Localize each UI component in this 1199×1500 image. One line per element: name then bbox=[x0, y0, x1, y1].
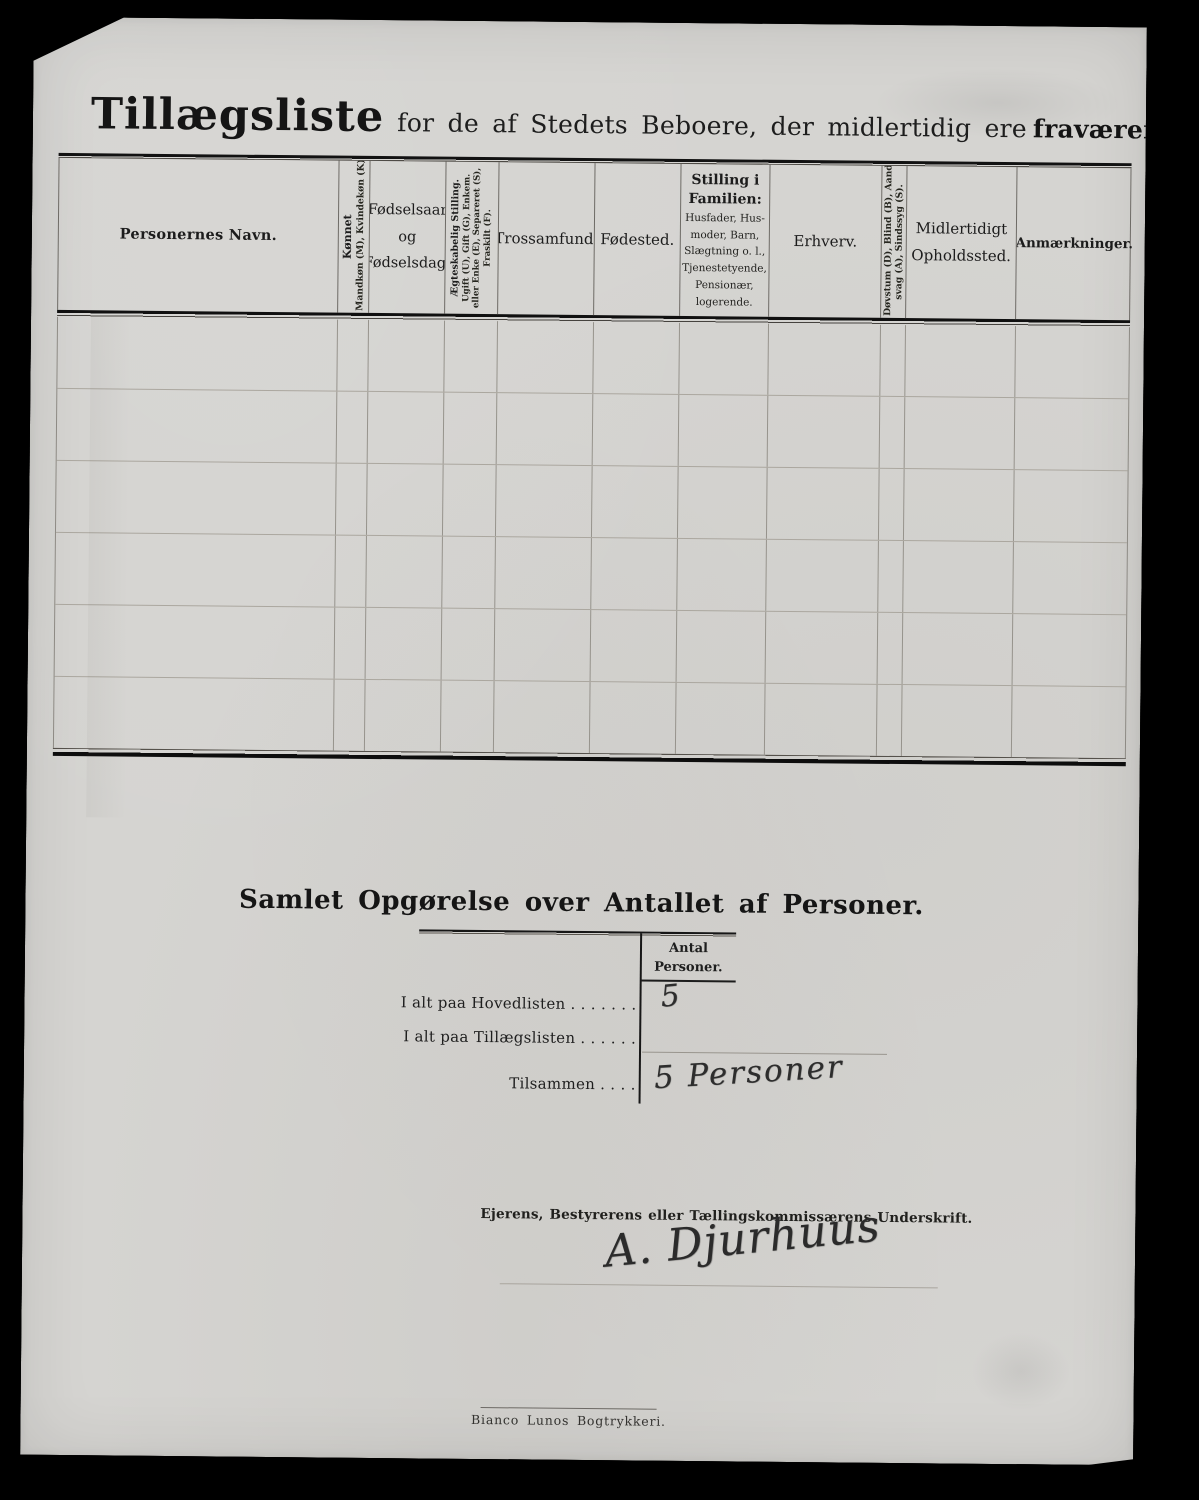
table-cell-trossamfund bbox=[495, 609, 592, 681]
summary-row-hovedlisten-value-handwritten: 5 bbox=[659, 978, 681, 1015]
table-cell-foedselsaar bbox=[367, 464, 444, 536]
scan-background: { "document": { "title": { "main": "Till… bbox=[0, 0, 1199, 1500]
column-header-midlertidigt-opholdssted: MidlertidigtOpholdssted. bbox=[906, 166, 1017, 319]
table-cell-stilling-i-familien bbox=[677, 611, 767, 683]
table-cell-stilling-i-familien bbox=[678, 467, 768, 539]
table-row bbox=[56, 461, 1128, 543]
table-cell-aegteskabelig-stilling bbox=[444, 393, 498, 465]
table-row bbox=[57, 389, 1129, 471]
title-emphasis: fraværende. bbox=[1033, 114, 1199, 145]
ink-bleed-smudge bbox=[971, 1331, 1072, 1412]
table-cell-foedselsaar bbox=[365, 680, 442, 752]
table-cell-aegteskabelig-stilling bbox=[442, 537, 496, 609]
page-title: Tillægslistefor de af Stedets Beboere, d… bbox=[91, 89, 1199, 150]
table-cell-midlertidigt-opholdssted bbox=[904, 469, 1015, 541]
column-header-personernes-navn: Personernes Navn. bbox=[58, 158, 339, 313]
table-cell-trossamfund bbox=[497, 321, 594, 393]
table-cell-erhverv bbox=[767, 468, 880, 540]
signature-rule bbox=[500, 1283, 938, 1288]
column-header-aegteskabelig-stilling: Ægteskabelig Stilling.Ugift (U), Gift (G… bbox=[445, 162, 499, 315]
table-cell-aegteskabelig-stilling bbox=[443, 465, 497, 537]
table-cell-midlertidigt-opholdssted bbox=[902, 685, 1013, 757]
table-cell-koennet bbox=[335, 536, 367, 607]
column-header-anmaerkninger: Anmærkninger. bbox=[1016, 167, 1132, 320]
title-rest: for de af Stedets Beboere, der midlertid… bbox=[397, 108, 1027, 143]
table-cell-midlertidigt-opholdssted bbox=[903, 613, 1014, 685]
table-row bbox=[57, 317, 1129, 399]
table-cell-trossamfund bbox=[494, 681, 591, 753]
table-cell-koennet bbox=[336, 464, 368, 535]
summary-col-header-rule bbox=[641, 980, 736, 983]
column-header-doevstum: Døvstum (D), Blind (B), Aands-svag (A), … bbox=[881, 166, 907, 318]
table-cell-aegteskabelig-stilling bbox=[441, 681, 495, 753]
table-cell-anmaerkninger bbox=[1015, 326, 1131, 398]
table-cell-koennet bbox=[334, 680, 366, 751]
table-cell-foedested bbox=[591, 610, 678, 682]
table-cell-foedselsaar bbox=[366, 536, 443, 608]
table-cell-personernes-navn bbox=[54, 677, 335, 751]
table-cell-midlertidigt-opholdssted bbox=[905, 397, 1016, 469]
title-main: Tillægsliste bbox=[91, 89, 385, 142]
table-cell-erhverv bbox=[768, 324, 881, 396]
summary-row-tilsammen-value-handwritten: 5 Personer bbox=[653, 1049, 845, 1096]
table-cell-anmaerkninger bbox=[1014, 470, 1130, 542]
table-cell-erhverv bbox=[768, 396, 881, 468]
table-cell-erhverv bbox=[766, 540, 879, 612]
column-header-trossamfund: Trossamfund. bbox=[498, 162, 595, 315]
summary-table-top-rule bbox=[419, 929, 736, 937]
table-cell-foedselsaar bbox=[368, 392, 445, 464]
table-cell-anmaerkninger bbox=[1015, 398, 1131, 470]
table-cell-personernes-navn bbox=[57, 317, 338, 391]
summary-row-tillaegslisten-label: I alt paa Tillægslisten . . . . . . bbox=[403, 1027, 636, 1047]
table-cell-koennet bbox=[337, 392, 369, 463]
table-cell-midlertidigt-opholdssted bbox=[903, 541, 1014, 613]
table-cell-koennet bbox=[335, 608, 367, 679]
column-header-foedested: Fødested. bbox=[594, 163, 681, 316]
table-row bbox=[55, 533, 1127, 615]
table-cell-anmaerkninger bbox=[1012, 686, 1128, 758]
table-cell-midlertidigt-opholdssted bbox=[905, 325, 1016, 397]
table-cell-doevstum bbox=[879, 469, 905, 540]
table-header-row: Personernes Navn.KønnetMandkøn (M), Kvin… bbox=[57, 158, 1131, 320]
column-header-erhverv: Erhverv. bbox=[769, 165, 882, 318]
summary-col-header-line2: Personer. bbox=[641, 958, 736, 978]
table-cell-erhverv bbox=[766, 612, 879, 684]
table-cell-stilling-i-familien bbox=[677, 539, 767, 611]
table-cell-personernes-navn bbox=[57, 389, 338, 463]
table-cell-foedselsaar bbox=[366, 608, 443, 680]
table-cell-koennet bbox=[337, 320, 369, 391]
table-cell-foedested bbox=[591, 538, 678, 610]
summary-col-header-line1: Antal bbox=[641, 940, 736, 960]
table-cell-foedested bbox=[592, 466, 679, 538]
table-cell-stilling-i-familien bbox=[679, 323, 769, 395]
column-header-koennet: KønnetMandkøn (M), Kvindekøn (K). bbox=[338, 161, 370, 313]
paper-sheet: Tillægslistefor de af Stedets Beboere, d… bbox=[20, 17, 1147, 1466]
table-cell-trossamfund bbox=[497, 393, 594, 465]
table-body bbox=[53, 317, 1130, 758]
table-cell-foedselsaar bbox=[368, 320, 445, 392]
summary-col-header: Antal Personer. bbox=[641, 940, 736, 979]
printer-imprint: Bianco Lunos Bogtrykkeri. bbox=[471, 1412, 666, 1429]
table-cell-trossamfund bbox=[496, 465, 593, 537]
absentees-table: Personernes Navn.KønnetMandkøn (M), Kvin… bbox=[53, 153, 1132, 766]
summary-heading: Samlet Opgørelse over Antallet af Person… bbox=[239, 885, 924, 922]
table-row bbox=[55, 605, 1127, 687]
table-cell-doevstum bbox=[880, 325, 906, 396]
table-cell-anmaerkninger bbox=[1013, 614, 1129, 686]
table-cell-anmaerkninger bbox=[1013, 542, 1129, 614]
column-header-foedselsaar: FødselsaarogFødselsdag. bbox=[369, 161, 446, 314]
table-cell-doevstum bbox=[878, 613, 904, 684]
table-cell-aegteskabelig-stilling bbox=[444, 321, 498, 393]
table-row bbox=[54, 677, 1126, 758]
table-cell-erhverv bbox=[765, 684, 878, 756]
table-cell-foedested bbox=[593, 322, 680, 394]
table-cell-trossamfund bbox=[495, 537, 592, 609]
printer-rule bbox=[481, 1407, 657, 1410]
table-cell-doevstum bbox=[877, 685, 903, 756]
table-cell-doevstum bbox=[878, 541, 904, 612]
column-header-stilling-i-familien: Stilling iFamilien:Husfader, Hus-moder, … bbox=[680, 164, 770, 317]
table-cell-stilling-i-familien bbox=[676, 683, 766, 755]
table-cell-stilling-i-familien bbox=[679, 395, 769, 467]
table-cell-aegteskabelig-stilling bbox=[442, 609, 496, 681]
table-cell-personernes-navn bbox=[56, 461, 337, 535]
summary-row-hovedlisten-label: I alt paa Hovedlisten . . . . . . . bbox=[401, 993, 637, 1013]
table-cell-personernes-navn bbox=[55, 533, 336, 607]
table-cell-foedested bbox=[590, 682, 677, 754]
table-cell-foedested bbox=[593, 394, 680, 466]
table-cell-personernes-navn bbox=[55, 605, 336, 679]
table-cell-doevstum bbox=[880, 397, 906, 468]
summary-row-tilsammen-label: Tilsammen . . . . bbox=[509, 1074, 636, 1093]
